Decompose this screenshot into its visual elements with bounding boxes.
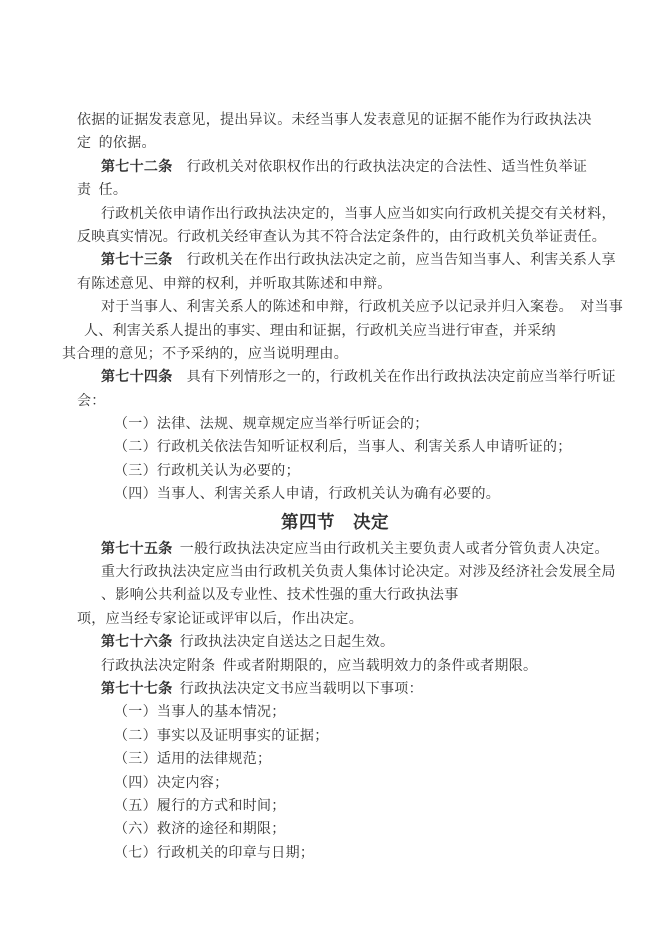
document-line: 第七十六条 行政执法决定自送达之日起生效。 <box>77 631 593 654</box>
document-line: （四）决定内容； <box>77 772 593 795</box>
body-text: 行政机关对依职权作出的行政执法决定的合法性、适当性负举证 <box>173 160 588 175</box>
section-heading: 第四节 决定 <box>77 509 593 536</box>
body-text: 项，应当经专家论证或评审以后，作出决定。 <box>77 612 363 627</box>
document-line: 有陈述意见、申辩的权利，并听取其陈述和申辩。 <box>77 273 593 296</box>
body-text: 一般行政执法决定应当由行政机关主要负责人或者分管负责人决定。 <box>173 542 609 557</box>
document-line: （一）法律、法规、规章规定应当举行听证会的； <box>77 413 593 436</box>
document-line: 行政机关依申请作出行政执法决定的，当事人应当如实向行政机关提交有关材料， <box>77 203 593 226</box>
document-line: （二）事实以及证明事实的证据； <box>77 725 593 748</box>
article-number-text: 第七十七条 <box>101 682 173 697</box>
document-line: 责 任。 <box>77 179 593 202</box>
body-text: 行政机关依申请作出行政执法决定的，当事人应当如实向行政机关提交有关材料， <box>101 207 616 222</box>
body-text: （五）履行的方式和时间； <box>114 799 286 814</box>
document-line: 反映真实情况。行政机关经审查认为其不符合法定条件的，由行政机关负举证责任。 <box>77 226 593 249</box>
body-text: 依据的证据发表意见，提出异议。未经当事人发表意见的证据不能作为行政执法决 <box>77 113 592 128</box>
document-line: （一）当事人的基本情况； <box>77 701 593 724</box>
document-body: 依据的证据发表意见，提出异议。未经当事人发表意见的证据不能作为行政执法决定 的依… <box>77 109 593 865</box>
document-page: 依据的证据发表意见，提出异议。未经当事人发表意见的证据不能作为行政执法决定 的依… <box>0 0 664 929</box>
body-text: 有陈述意见、申辩的权利，并听取其陈述和申辩。 <box>77 277 392 292</box>
body-text: 具有下列情形之一的，行政机关在作出行政执法决定前应当举行听证 <box>173 370 616 385</box>
document-line: （四）当事人、利害关系人申请，行政机关认为确有必要的。 <box>77 483 593 506</box>
body-text: 行政执法决定附条 件或者附期限的，应当载明效力的条件或者期限。 <box>101 659 537 674</box>
document-line: （六）救济的途径和期限； <box>77 818 593 841</box>
document-line: 其合理的意见；不予采纳的，应当说明理由。 <box>62 343 593 366</box>
document-line: （七）行政机关的印章与日期； <box>77 842 593 865</box>
body-text: （二）事实以及证明事实的证据； <box>114 729 329 744</box>
article-number-text: 第七十五条 <box>101 542 173 557</box>
document-line: 重大行政执法决定应当由行政机关负责人集体讨论决定。对涉及经济社会发展全局 <box>77 561 593 584</box>
body-text: （七）行政机关的印章与日期； <box>114 846 314 861</box>
document-line: 第七十三条 行政机关在作出行政执法决定之前，应当告知当事人、利害关系人享 <box>77 249 593 272</box>
document-line: （三）行政机关认为必要的； <box>77 460 593 483</box>
document-line: （二）行政机关依法告知听证权利后，当事人、利害关系人申请听证的； <box>77 436 593 459</box>
document-line: （五）履行的方式和时间； <box>77 795 593 818</box>
body-text: 行政机关在作出行政执法决定之前，应当告知当事人、利害关系人享 <box>173 253 616 268</box>
body-text: 行政执法决定文书应当载明以下事项： <box>173 682 423 697</box>
body-text: 会： <box>77 394 106 409</box>
body-text: （四）决定内容； <box>114 776 228 791</box>
document-line: 会： <box>77 390 593 413</box>
document-line: 人、利害关系人提出的事实、理由和证据，行政机关应当进行审查，并采纳 <box>77 320 593 343</box>
document-line: 第七十五条 一般行政执法决定应当由行政机关主要负责人或者分管负责人决定。 <box>77 538 593 561</box>
body-text: （四）当事人、利害关系人申请，行政机关认为确有必要的。 <box>114 487 500 502</box>
body-text: （六）救济的途径和期限； <box>114 822 286 837</box>
document-line: 定 的依据。 <box>77 132 593 155</box>
document-line: 第七十四条 具有下列情形之一的，行政机关在作出行政执法决定前应当举行听证 <box>77 366 593 389</box>
document-line: 第七十七条 行政执法决定文书应当载明以下事项： <box>77 678 593 701</box>
body-text: 定 的依据。 <box>77 136 156 151</box>
document-line: 依据的证据发表意见，提出异议。未经当事人发表意见的证据不能作为行政执法决 <box>77 109 593 132</box>
body-text: 反映真实情况。行政机关经审查认为其不符合法定条件的，由行政机关负举证责任。 <box>77 230 606 245</box>
body-text: （三）行政机关认为必要的； <box>114 464 300 479</box>
document-line: 、影响公共利益以及专业性、技术性强的重大行政执法事 <box>77 584 593 607</box>
document-line: 第七十二条 行政机关对依职权作出的行政执法决定的合法性、适当性负举证 <box>77 156 593 179</box>
body-text: （一）法律、法规、规章规定应当举行听证会的； <box>114 417 429 432</box>
body-text: 、影响公共利益以及专业性、技术性强的重大行政执法事 <box>101 588 459 603</box>
body-text: 对于当事人、利害关系人的陈述和申辩，行政机关应予以记录并归入案卷。 对当事 <box>101 300 623 315</box>
document-line: （三）适用的法律规范； <box>77 748 593 771</box>
document-line: 行政执法决定附条 件或者附期限的，应当载明效力的条件或者期限。 <box>77 655 593 678</box>
body-text: （一）当事人的基本情况； <box>114 705 286 720</box>
body-text: （二）行政机关依法告知听证权利后，当事人、利害关系人申请听证的； <box>114 440 572 455</box>
body-text: （三）适用的法律规范； <box>114 752 271 767</box>
document-line: 项，应当经专家论证或评审以后，作出决定。 <box>77 608 593 631</box>
body-text: 人、利害关系人提出的事实、理由和证据，行政机关应当进行审查，并采纳 <box>84 324 556 339</box>
document-line: 对于当事人、利害关系人的陈述和申辩，行政机关应予以记录并归入案卷。 对当事 <box>77 296 593 319</box>
body-text: 其合理的意见；不予采纳的，应当说明理由。 <box>62 347 348 362</box>
article-number-text: 第七十四条 <box>101 370 173 385</box>
article-number-text: 第七十三条 <box>101 253 173 268</box>
article-number-text: 第四节 决定 <box>281 512 389 532</box>
body-text: 行政执法决定自送达之日起生效。 <box>173 635 395 650</box>
body-text: 责 任。 <box>77 183 127 198</box>
body-text: 重大行政执法决定应当由行政机关负责人集体讨论决定。对涉及经济社会发展全局 <box>101 565 616 580</box>
article-number-text: 第七十六条 <box>101 635 173 650</box>
article-number-text: 第七十二条 <box>101 160 173 175</box>
